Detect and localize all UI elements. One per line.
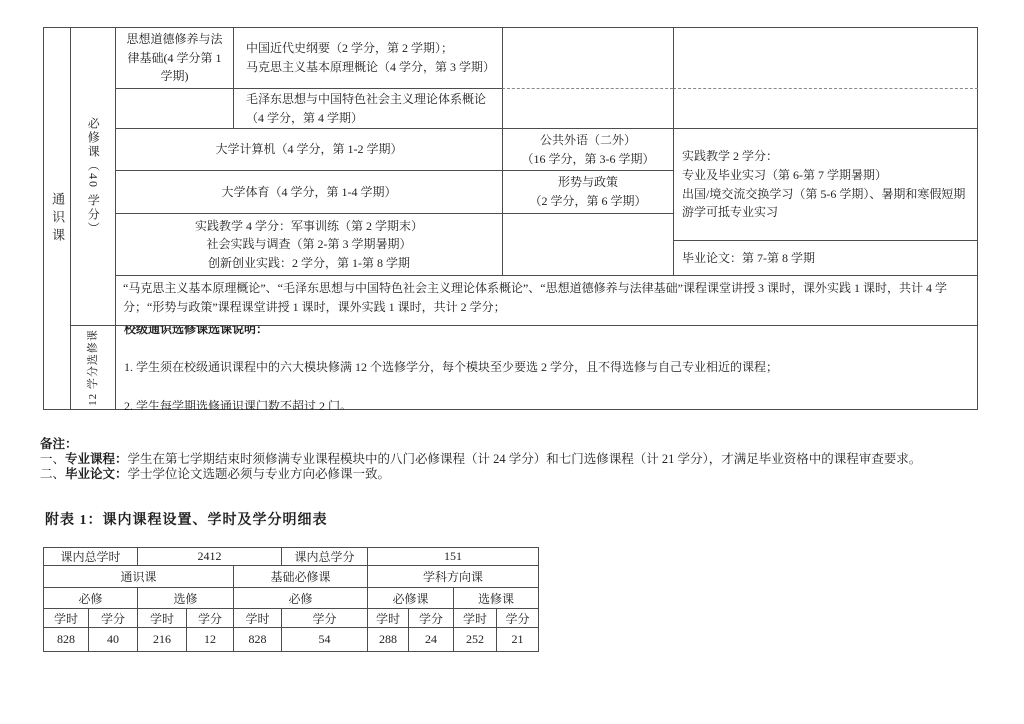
cell-practice-teaching-4: 实践教学 4 学分：军事训练（第 2 学期末） 社会实践与调查（第 2-第 3 … (115, 213, 502, 275)
appendix-row-totals: 课内总学时 2412 课内总学分 151 (44, 548, 539, 566)
hdr-credits-2: 学分 (187, 609, 234, 628)
cell-practice-teaching-2: 实践教学 2 学分： 专业及毕业实习（第 6-第 7 学期暑期） 出国/境交流交… (673, 128, 978, 240)
hdr-credits-5: 学分 (497, 609, 539, 628)
val-hours-1: 828 (44, 628, 89, 652)
cell-empty-e5 (502, 213, 673, 275)
val-credits-1: 40 (89, 628, 138, 652)
val-credits-5: 21 (497, 628, 539, 652)
subcat-general-required: 必修 (44, 588, 138, 609)
hdr-hours-3: 学时 (234, 609, 282, 628)
hdr-credits-3: 学分 (282, 609, 368, 628)
general-course-vertical-label: 通识课 (47, 192, 67, 246)
remark-1-text: 学生在第七学期结束时须修满专业课程模块中的八门必修课程（计 24 学分）和七门选… (128, 452, 922, 466)
cell-history-marx-courses: 中国近代史纲要（2 学分，第 2 学期）； 马克思主义基本原理概论（4 学分，第… (233, 27, 502, 88)
category-general: 通识课 (44, 566, 234, 588)
appendix-title: 附表 1：课内课程设置、学时及学分明细表 (45, 509, 328, 529)
hdr-credits-1: 学分 (89, 609, 138, 628)
remarks-title: 备注： (40, 437, 1005, 452)
total-hours-value: 2412 (138, 548, 282, 566)
total-credits-label: 课内总学分 (282, 548, 368, 566)
appendix-row-values: 828 40 216 12 828 54 288 24 252 21 (44, 628, 539, 652)
cell-general-course-label: 通识课 (43, 27, 70, 410)
remark-item-2: 二、毕业论文：学士学位论文选题必须与专业方向必修课一致。 (40, 467, 1005, 482)
cell-empty-f2 (673, 88, 978, 128)
remarks-section: 备注： 一、专业课程：学生在第七学期结束时须修满专业课程模块中的八门必修课程（计… (40, 437, 1005, 482)
cell-thesis-schedule: 毕业论文：第 7-第 8 学期 (673, 240, 978, 275)
cell-empty-e2 (502, 88, 673, 128)
cell-hours-note: “马克思主义基本原理概论”、“毛泽东思想与中国特色社会主义理论体系概论”、“思想… (115, 275, 978, 325)
cell-required-group-label: 必修课（40 学分） (70, 27, 115, 325)
val-credits-2: 12 (187, 628, 234, 652)
cell-elective-selection-notes: 校级通识选修课选课说明： 1. 学生须在校级通识课程中的六大模块修满 12 个选… (115, 325, 978, 410)
subcat-discipline-required: 必修课 (368, 588, 454, 609)
hdr-hours-2: 学时 (138, 609, 187, 628)
cell-pe-course: 大学体育（4 学分，第 1-4 学期） (115, 170, 502, 213)
cell-ideology-law-course: 思想道德修养与法律基础(4 学分第 1 学期) (115, 27, 233, 88)
val-hours-2: 216 (138, 628, 187, 652)
hdr-hours-1: 学时 (44, 609, 89, 628)
curriculum-table: 通识课 必修课（40 学分） 思想道德修养与法律基础(4 学分第 1 学期) 中… (43, 27, 978, 410)
appendix-row-headers: 学时 学分 学时 学分 学时 学分 学时 学分 学时 学分 (44, 609, 539, 628)
hdr-credits-4: 学分 (409, 609, 454, 628)
required-group-vertical-label: 必修课（40 学分） (84, 117, 103, 236)
elective-group-vertical-label: 12 学分选修课 (84, 330, 101, 407)
remark-1-label: 专业课程： (65, 452, 128, 466)
cell-mao-theory-course: 毛泽东思想与中国特色社会主义理论体系概论 （4 学分，第 4 学期） (233, 88, 502, 128)
hdr-hours-4: 学时 (368, 609, 409, 628)
appendix-row-categories: 通识课 基础必修课 学科方向课 (44, 566, 539, 588)
val-hours-5: 252 (454, 628, 497, 652)
category-discipline: 学科方向课 (368, 566, 539, 588)
val-credits-3: 54 (282, 628, 368, 652)
subcat-basic-required: 必修 (234, 588, 368, 609)
elective-note-item-1: 1. 学生须在校级通识课程中的六大模块修满 12 个选修学分，每个模块至少要选 … (124, 358, 970, 377)
subcat-discipline-elective: 选修课 (454, 588, 539, 609)
category-basic-required: 基础必修课 (234, 566, 368, 588)
cell-situation-policy-course: 形势与政策 （2 学分，第 6 学期） (502, 170, 673, 213)
remark-2-label: 毕业论文： (65, 467, 128, 481)
cell-empty-f1 (673, 27, 978, 88)
subcat-general-elective: 选修 (138, 588, 234, 609)
val-hours-4: 288 (368, 628, 409, 652)
cell-elective-group-label: 12 学分选修课 (70, 325, 115, 410)
cell-empty-e1 (502, 27, 673, 88)
appendix-row-subcategories: 必修 选修 必修 必修课 选修课 (44, 588, 539, 609)
remark-1-prefix: 一、 (40, 452, 65, 466)
elective-note-title: 校级通识选修课选课说明： (124, 325, 970, 339)
remark-2-prefix: 二、 (40, 467, 65, 481)
remark-item-1: 一、专业课程：学生在第七学期结束时须修满专业课程模块中的八门必修课程（计 24 … (40, 452, 1005, 467)
val-credits-4: 24 (409, 628, 454, 652)
curriculum-document-page: 通识课 必修课（40 学分） 思想道德修养与法律基础(4 学分第 1 学期) 中… (0, 0, 1024, 724)
elective-selection-notes-block: 校级通识选修课选课说明： 1. 学生须在校级通识课程中的六大模块修满 12 个选… (116, 325, 978, 410)
remark-2-text: 学士学位论文选题必须与专业方向必修课一致。 (128, 467, 391, 481)
elective-note-item-2: 2. 学生每学期选修通识课门数不超过 2 门。 (124, 397, 970, 410)
appendix-credit-table: 课内总学时 2412 课内总学分 151 通识课 基础必修课 学科方向课 必修 … (43, 547, 539, 652)
total-credits-value: 151 (368, 548, 539, 566)
total-hours-label: 课内总学时 (44, 548, 138, 566)
cell-computer-course: 大学计算机（4 学分，第 1-2 学期） (115, 128, 502, 170)
cell-foreign-language-course: 公共外语（二外） （16 学分，第 3-6 学期） (502, 128, 673, 170)
val-hours-3: 828 (234, 628, 282, 652)
cell-empty-c2 (115, 88, 233, 128)
hdr-hours-5: 学时 (454, 609, 497, 628)
